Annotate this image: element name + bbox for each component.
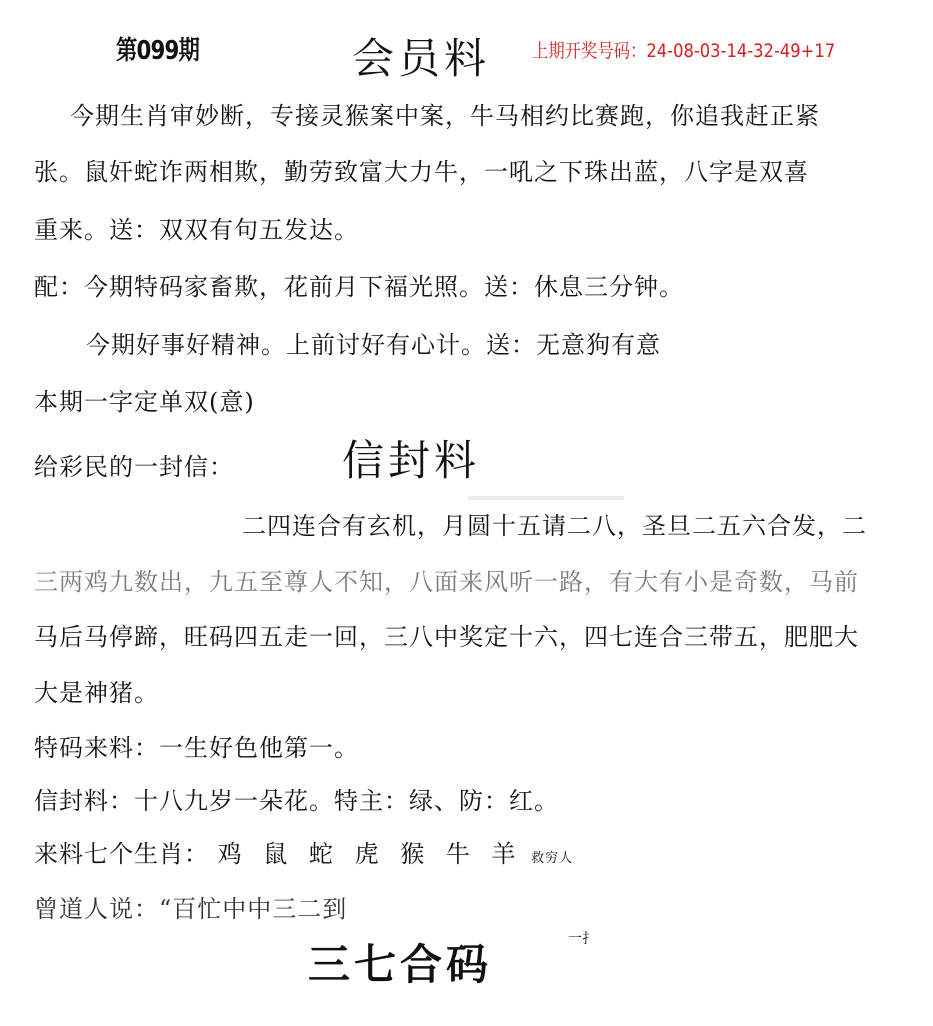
last-draw-result: 上期开奖号码：24-08-03-14-32-49+17 xyxy=(532,36,835,63)
member-line-4: 配：今期特码家畜欺，花前月下福光照。送：休息三分钟。 xyxy=(34,267,684,302)
letter-title: 信封料 xyxy=(342,428,480,488)
letter-label: 给彩民的一封信： xyxy=(34,447,234,482)
corner-mark: 一扌 xyxy=(568,928,596,948)
last-draw-numbers: 24-08-03-14-32-49+17 xyxy=(646,40,835,62)
letter-line-4: 大是神猪。 xyxy=(34,673,159,708)
envelope-hint-line: 信封料：十八九岁一朵花。特主：绿、防：红。 xyxy=(34,781,559,816)
page-title: 会员料 xyxy=(352,26,490,86)
member-line-3: 重来。送：双双有句五发达。 xyxy=(34,210,359,245)
faded-divider xyxy=(468,496,624,500)
member-line-5: 今期好事好精神。上前讨好有心计。送：无意狗有意 xyxy=(86,325,661,360)
footer-title: 三七合码 xyxy=(308,932,492,992)
last-draw-label: 上期开奖号码： xyxy=(532,40,646,62)
zodiac-item: 羊 xyxy=(491,840,516,868)
member-line-6: 本期一字定单双(意) xyxy=(34,382,255,417)
letter-line-3: 马后马停蹄，旺码四五走一回，三八中奖定十六，四七连合三带五，肥肥大 xyxy=(34,617,859,652)
zodiac-label: 来料七个生肖： xyxy=(34,840,209,868)
zodiac-item: 鼠 xyxy=(263,840,288,868)
zodiac-item: 鸡 xyxy=(218,840,243,868)
member-line-2: 张。鼠奸蛇诈两相欺，勤劳致富大力牛，一吼之下珠出蓝，八字是双喜 xyxy=(34,152,809,187)
zodiac-line: 来料七个生肖： 鸡 鼠 蛇 虎 猴 牛 羊 救穷人 xyxy=(34,834,573,869)
letter-line-2: 三两鸡九数出，九五至尊人不知，八面来风听一路，有大有小是奇数，马前 xyxy=(34,562,859,597)
zodiac-item: 虎 xyxy=(355,840,380,868)
taoist-saying-line: 曾道人说：“百忙中中三二到 xyxy=(34,889,347,924)
zodiac-item: 蛇 xyxy=(309,840,334,868)
letter-line-1: 二四连合有玄机，月圆十五请二八，圣旦二五六合发，二 xyxy=(242,506,867,541)
zodiac-item: 猴 xyxy=(400,840,425,868)
special-code-line: 特码来料：一生好色他第一。 xyxy=(34,728,359,763)
member-line-1: 今期生肖审妙断，专接灵猴案中案，牛马相约比赛跑，你追我赶正紧 xyxy=(70,96,820,131)
issue-number: 第099期 xyxy=(116,30,199,67)
zodiac-note: 救穷人 xyxy=(531,851,573,866)
zodiac-item: 牛 xyxy=(446,840,471,868)
